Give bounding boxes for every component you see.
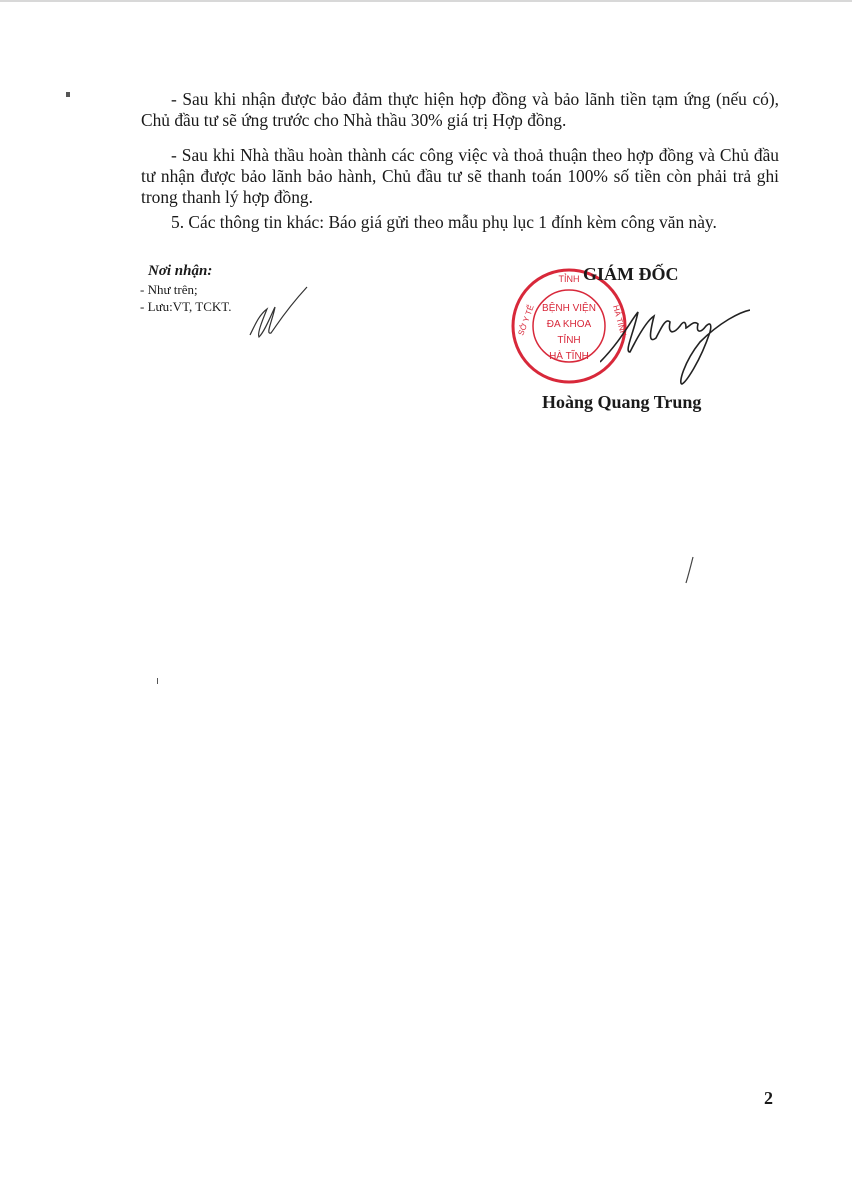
signatory-name: Hoàng Quang Trung: [542, 392, 701, 413]
paragraph-text: - Sau khi Nhà thầu hoàn thành các công v…: [141, 145, 779, 207]
signatory-title: GIÁM ĐỐC: [583, 264, 679, 285]
scan-speck: [66, 92, 70, 97]
recipient-item: - Như trên;: [140, 281, 232, 298]
svg-text:ĐA KHOA: ĐA KHOA: [547, 319, 592, 330]
initials-scribble-icon: [245, 285, 315, 345]
svg-text:TỈNH: TỈNH: [557, 333, 580, 346]
paragraph-text: - Sau khi nhận được bảo đảm thực hiện hợ…: [141, 89, 779, 130]
signature-icon: [600, 292, 750, 392]
recipients-block: Nơi nhận: - Như trên; - Lưu:VT, TCKT.: [140, 262, 232, 315]
svg-text:BỆNH VIỆN: BỆNH VIỆN: [542, 301, 596, 314]
page-number: 2: [764, 1088, 773, 1109]
paragraph-text: 5. Các thông tin khác: Báo giá gửi theo …: [171, 212, 717, 232]
page-top-edge: [0, 0, 852, 2]
recipients-title: Nơi nhận:: [148, 262, 232, 281]
svg-text:HÀ TĨNH: HÀ TĨNH: [549, 349, 589, 362]
paragraph-final-payment: - Sau khi Nhà thầu hoàn thành các công v…: [141, 145, 779, 208]
svg-text:TỈNH: TỈNH: [559, 273, 580, 284]
paragraph-advance-payment: - Sau khi nhận được bảo đảm thực hiện hợ…: [141, 89, 779, 131]
scan-speck: [157, 678, 158, 684]
pen-mark-icon: [683, 555, 695, 585]
recipient-item: - Lưu:VT, TCKT.: [140, 298, 232, 315]
paragraph-other-info: 5. Các thông tin khác: Báo giá gửi theo …: [141, 212, 779, 233]
